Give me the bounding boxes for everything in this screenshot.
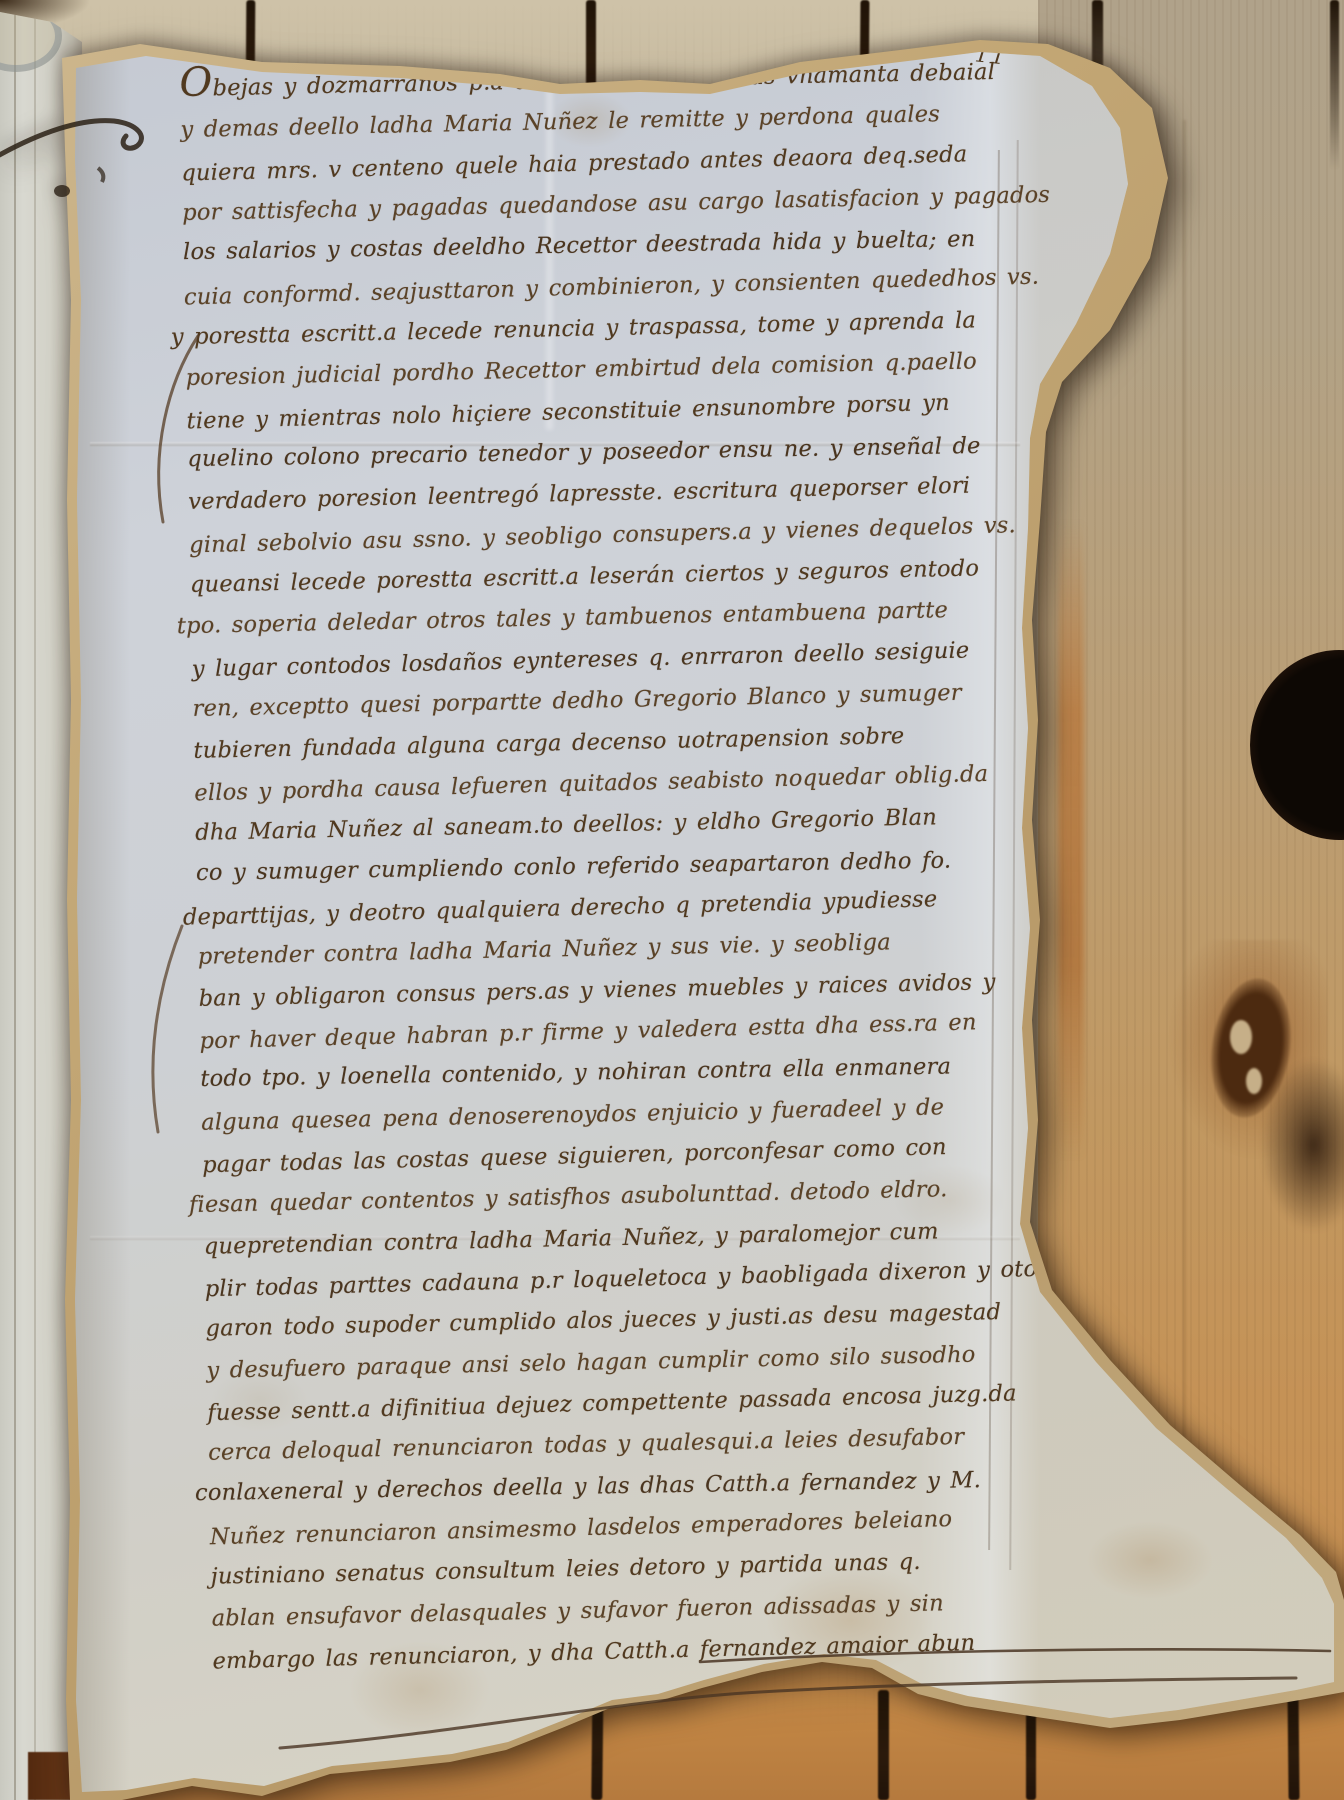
manuscript-sheet: 11 Obejas y dozmarranos p.a criar deasem… [0, 0, 1344, 1800]
photo-of-manuscript: 11 Obejas y dozmarranos p.a criar deasem… [0, 0, 1344, 1800]
manuscript-text: Obejas y dozmarranos p.a criar deasemade… [179, 51, 1058, 1681]
